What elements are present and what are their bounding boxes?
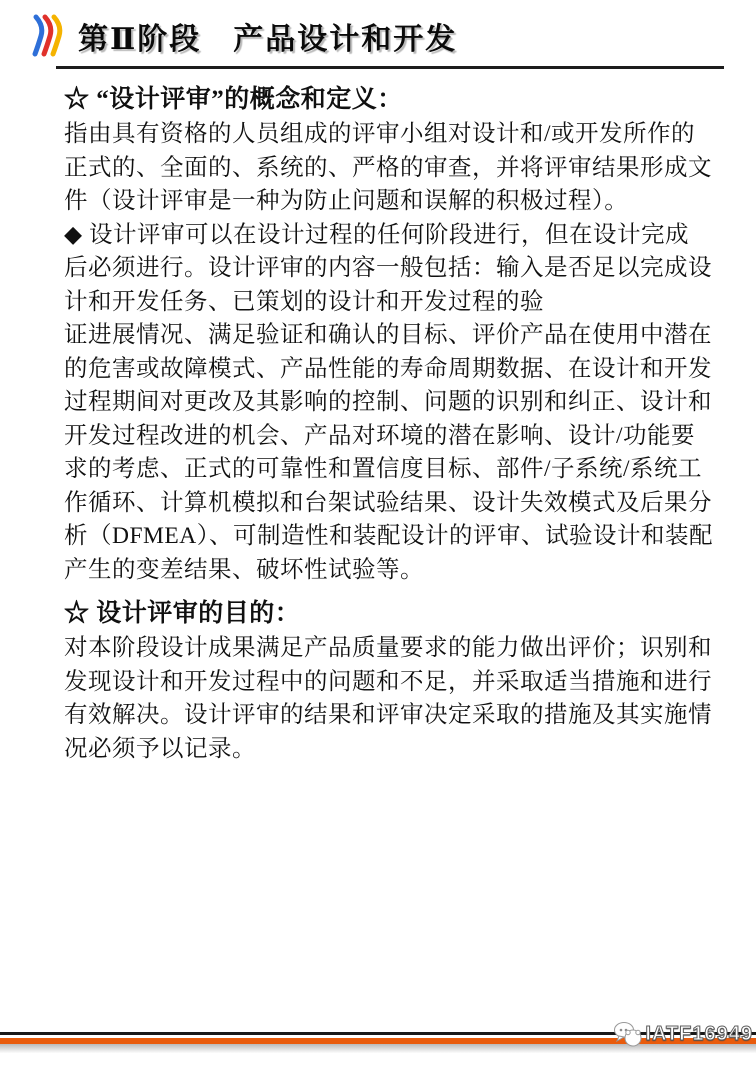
watermark-text: IATF16949: [645, 1023, 753, 1046]
body-line: 产生的变差结果、破坏性试验等。: [64, 554, 704, 588]
body-line: 正式的、全面的、系统的、严格的审查，并将评审结果形成文: [64, 152, 704, 186]
body-line: 有效解决。设计评审的结果和评审决定采取的措施及其实施情: [64, 699, 704, 733]
slide-header: 第Ⅱ阶段 产品设计和开发: [32, 14, 457, 58]
body-line: 证进展情况、满足验证和确认的目标、评价产品在使用中潜在: [64, 319, 704, 353]
page-title: 第Ⅱ阶段 产品设计和开发: [78, 14, 457, 58]
chat-mascot-icon: [613, 1020, 643, 1048]
body-line: 作循环、计算机模拟和台架试验结果、设计失效模式及后果分: [64, 487, 704, 521]
body-line: 后必须进行。设计评审的内容一般包括：输入是否足以完成设: [64, 252, 704, 286]
slide-body: ☆ “设计评审”的概念和定义： 指由具有资格的人员组成的评审小组对设计和/或开发…: [64, 82, 704, 766]
body-line: 发现设计和开发过程中的问题和不足，并采取适当措施和进行: [64, 666, 704, 700]
triple-wave-icon: [32, 14, 64, 58]
body-line: 过程期间对更改及其影响的控制、问题的识别和纠正、设计和: [64, 386, 704, 420]
body-line: 指由具有资格的人员组成的评审小组对设计和/或开发所作的: [64, 118, 704, 152]
body-line: 析（DFMEA）、可制造性和装配设计的评审、试验设计和装配: [64, 520, 704, 554]
slide: 第Ⅱ阶段 产品设计和开发 ☆ “设计评审”的概念和定义： 指由具有资格的人员组成…: [0, 0, 756, 1070]
title-divider: [56, 66, 724, 69]
body-line: 件（设计评审是一种为防止问题和误解的积极过程）。: [64, 185, 704, 219]
section-heading-definition: ☆ “设计评审”的概念和定义：: [64, 82, 704, 118]
body-line: 开发过程改进的机会、产品对环境的潜在影响、设计/功能要: [64, 420, 704, 454]
watermark: IATF16949: [613, 1020, 753, 1048]
body-line: 对本阶段设计成果满足产品质量要求的能力做出评价；识别和: [64, 632, 704, 666]
body-line: 计和开发任务、已策划的设计和开发过程的验: [64, 286, 704, 320]
body-line: 的危害或故障模式、产品性能的寿命周期数据、在设计和开发: [64, 353, 704, 387]
section-heading-purpose: ☆ 设计评审的目的：: [64, 596, 704, 632]
body-line: 求的考虑、正式的可靠性和置信度目标、部件/子系统/系统工: [64, 453, 704, 487]
body-line: 况必须予以记录。: [64, 733, 704, 767]
body-line: ◆ 设计评审可以在设计过程的任何阶段进行，但在设计完成: [64, 219, 704, 253]
